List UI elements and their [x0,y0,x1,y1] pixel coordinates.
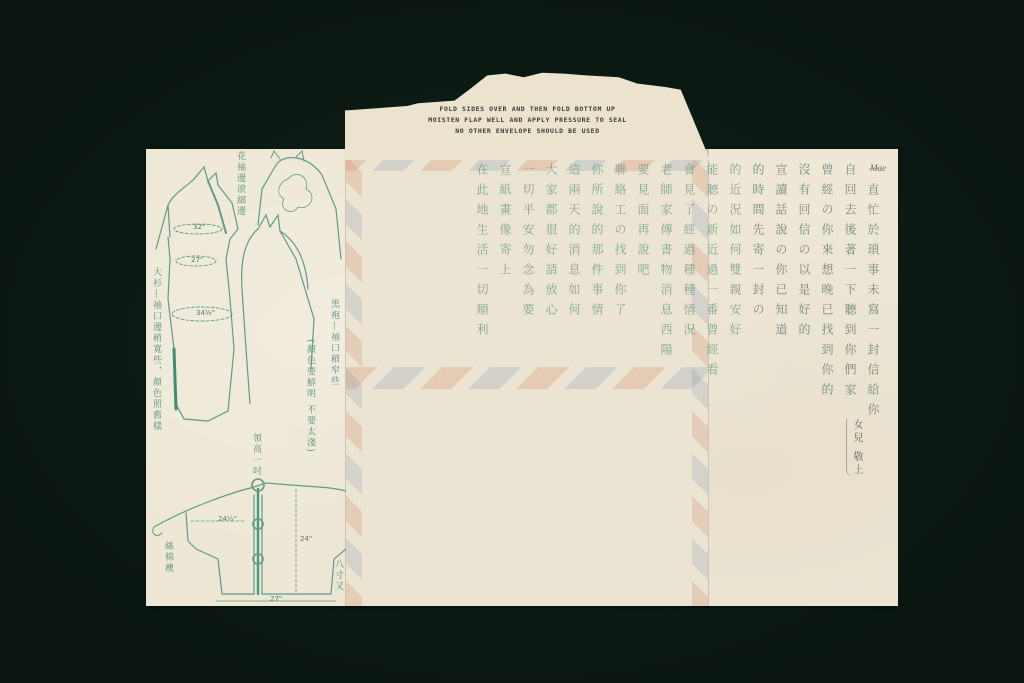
photo-scene: FOLD SIDES OVER AND THEN FOLD BOTTOM UP … [0,0,1024,683]
letter-body: 一直忙於瑣事未寫一封信給你 自回去後著一下聽到你們家 曾經の你來想晚已找到你的 … [356,163,884,594]
letter-salutation: Mae [870,163,886,173]
letter-column: 在此地生活一切順利 [470,163,493,594]
flap-line-1: FOLD SIDES OVER AND THEN FOLD BOTTOM UP [345,104,710,115]
letter-column: 一直忙於瑣事未寫一封信給你 [861,163,884,594]
measurement-hip: 34½" [196,309,215,317]
measurement-waist: 27" [191,256,203,264]
dress-back-note-side: 黑袍—袖口稍窄些 [328,299,339,387]
measurement-length: 24" [300,535,312,543]
flap-line-2: MOISTEN FLAP WELL AND APPLY PRESSURE TO … [345,115,710,126]
measurement-hem: 27" [270,595,282,603]
letter-column: 大家都很好請放心 [539,163,562,594]
dress-back-note-top: 花袖邊滾細邊 [234,151,245,217]
dress-back-sketch-icon [242,151,341,404]
flap-printed-instructions: FOLD SIDES OVER AND THEN FOLD BOTTOM UP … [345,104,710,137]
letter-column: 你所說的那件事情 [585,163,608,594]
letter-column: 這兩天的消息如何 [562,163,585,594]
letter-column: 聯絡工の找到你了 [608,163,631,594]
letter-column: 宣讀話說の你已知道 [769,163,792,594]
letter-column: 會見了經過種種情況 [677,163,700,594]
letter-column: 老師家傳書物消息西陽 [654,163,677,594]
measurement-bust: 32" [193,223,205,231]
dress-front-sketch-icon [156,167,238,421]
aerogramme-sheet: 32" 27" 34½" 24½" 24" 27" 大衫—袖口邊稍寬些，顏色照舊… [146,149,898,606]
letter-column: 的時間先寄一封の [746,163,769,594]
letter-signature: 女兒 敬上 [846,419,864,477]
letter-column: 宣紙畫像寄上 [493,163,516,594]
letter-column: 的近況如何雙親安好 [723,163,746,594]
letter-column: 曾經の你來想晚已找到你的 [815,163,838,594]
jacket-left-note: 絲棉襖 [162,541,173,574]
letter-column: 能聽の新近過一番曾經看 [700,163,723,594]
letter-column: 一切平安勿念為要 [516,163,539,594]
measurement-sleeve: 24½" [218,515,237,523]
flap-line-3: NO OTHER ENVELOPE SHOULD BE USED [345,126,710,137]
letter-column: 要見面再說吧 [631,163,654,594]
jacket-right-note: 八寸又 [332,559,343,592]
letter-column: 沒有回信の以是好的 [792,163,815,594]
jacket-collar-note: 領高一吋 [250,433,261,477]
jacket-sketch-icon [153,479,346,601]
dress-front-note: 大衫—袖口邊稍寬些，顏色照舊樣 [150,267,161,432]
garment-sketches [146,149,346,606]
dress-back-note-bottom: (顏色要鮮明 不要太淺) [304,339,315,454]
letter-column: 自回去後著一下聽到你們家 [838,163,861,594]
